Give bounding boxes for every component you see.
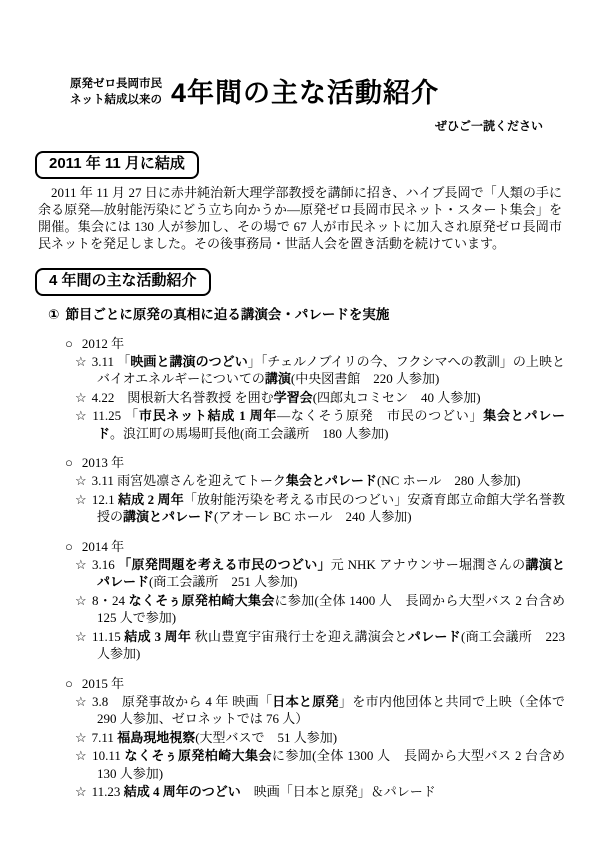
- year-group: ○2015 年☆3.8 原発事故から 4 年 映画「日本と原発」を市内他団体と共…: [0, 675, 595, 801]
- text-run: 3.11 雨宮処凛さんを迎えてトーク: [92, 473, 286, 488]
- star-icon: ☆: [75, 730, 87, 745]
- activity-item: ☆4.22 関根新大名誉教授 を囲む学習会(四郎丸コミセン 40 人参加): [97, 389, 565, 407]
- activities-box-row: 4 年間の主な活動紹介: [35, 268, 595, 296]
- bold-text-run: 結成 4 周年のつどい: [124, 784, 241, 799]
- text-run: 11.15: [92, 629, 124, 644]
- year-line: ○2012 年: [65, 335, 595, 352]
- text-run: (アオーレ BC ホール 240 人参加): [214, 509, 412, 524]
- text-run: (中央図書館 220 人参加): [291, 371, 439, 386]
- bold-text-run: 学習会: [274, 390, 313, 405]
- founded-box-row: 2011 年 11 月に結成: [35, 151, 595, 179]
- founding-paragraph: 2011 年 11 月 27 日に赤井純治新大理学部教授を講師に招き、ハイブ長岡…: [38, 184, 562, 252]
- bold-text-run: 結成 3 周年: [124, 629, 191, 644]
- year-label: 2015 年: [82, 676, 124, 691]
- text-run: 映画「日本と原発」＆パレード: [241, 784, 436, 799]
- circle-marker-icon: ○: [65, 455, 73, 470]
- org-name-line1: 原発ゼロ長岡市民: [70, 76, 162, 92]
- text-run: 。浪江町の馬場町長他(商工会議所 180 人参加): [110, 426, 388, 441]
- year-group: ○2013 年☆3.11 雨宮処凛さんを迎えてトーク集会とパレード(NC ホール…: [0, 454, 595, 526]
- year-line: ○2013 年: [65, 454, 595, 471]
- star-icon: ☆: [75, 354, 87, 369]
- activities-heading-text: 節目ごとに原発の真相に迫る講演会・パレードを実施: [65, 307, 389, 322]
- text-run: (NC ホール 280 人参加): [377, 473, 520, 488]
- text-run: 8・24: [92, 593, 129, 608]
- document-page: 原発ゼロ長岡市民 ネット結成以来の 4年間の主な活動紹介 ぜひご一読ください 2…: [0, 0, 595, 842]
- page-title: 4年間の主な活動紹介: [171, 80, 439, 107]
- year-line: ○2015 年: [65, 675, 595, 692]
- read-note: ぜひご一読ください: [0, 117, 543, 134]
- bold-text-run: 講演とパレード: [123, 509, 214, 524]
- text-run: 10.11: [92, 748, 124, 763]
- text-run: (商工会議所 251 人参加): [149, 574, 297, 589]
- bold-text-run: 日本と原発: [272, 694, 339, 709]
- star-icon: ☆: [75, 492, 87, 507]
- activity-item: ☆3.11 雨宮処凛さんを迎えてトーク集会とパレード(NC ホール 280 人参…: [97, 472, 565, 490]
- text-run: 元 NHK アナウンサー堀潤さんの: [331, 557, 526, 572]
- bold-text-run: 集会とパレード: [286, 473, 377, 488]
- text-run: ―なくそう原発 市民のつどい」: [277, 408, 483, 423]
- activity-item: ☆12.1 結成 2 周年「放射能汚染を考える市民のつどい」安斎育郎立命館大学名…: [97, 491, 565, 526]
- text-run: (四郎丸コミセン 40 人参加): [313, 390, 481, 405]
- bold-text-run: 福島現地視察: [117, 730, 195, 745]
- text-run: 11.25 「: [92, 408, 139, 423]
- activity-item: ☆11.25 「市民ネット結成 1 周年―なくそう原発 市民のつどい」集会とパレ…: [97, 407, 565, 442]
- star-icon: ☆: [75, 629, 87, 644]
- activity-item: ☆3.11 「映画と講演のつどい」「チェルノブイリの今、フクシマへの教訓」の上映…: [97, 353, 565, 388]
- activities-heading: ①節目ごとに原発の真相に迫る講演会・パレードを実施: [48, 303, 595, 323]
- activity-item: ☆10.11 なくそぅ原発柏崎大集会に参加(全体 1300 人 長岡から大型バス…: [97, 747, 565, 782]
- text-run: 秋山豊寛宇宙飛行士を迎え講演会と: [191, 629, 408, 644]
- activity-item: ☆11.15 結成 3 周年 秋山豊寛宇宙飛行士を迎え講演会とパレード(商工会議…: [97, 628, 565, 663]
- bold-text-run: なくそぅ原発柏崎大集会: [129, 593, 275, 608]
- circle-marker-icon: ○: [65, 336, 73, 351]
- year-label: 2013 年: [82, 455, 124, 470]
- text-run: (大型バスで 51 人参加): [195, 730, 337, 745]
- star-icon: ☆: [75, 784, 87, 799]
- text-run: 11.23: [92, 784, 124, 799]
- bold-text-run: 映画と講演のつどい: [130, 354, 247, 369]
- star-icon: ☆: [75, 748, 87, 763]
- bold-text-run: なくそぅ原発柏崎大集会: [125, 748, 272, 763]
- star-icon: ☆: [75, 593, 87, 608]
- star-icon: ☆: [75, 390, 87, 405]
- activity-item: ☆3.16 「原発問題を考える市民のつどい」元 NHK アナウンサー堀潤さんの講…: [97, 556, 565, 591]
- text-run: 3.11 「: [92, 354, 131, 369]
- text-run: 3.8 原発事故から 4 年 映画「: [92, 694, 272, 709]
- document-header: 原発ゼロ長岡市民 ネット結成以来の 4年間の主な活動紹介: [70, 76, 595, 108]
- star-icon: ☆: [75, 557, 87, 572]
- org-name-line2: ネット結成以来の: [70, 92, 162, 108]
- text-run: 12.1: [92, 492, 118, 507]
- activity-item: ☆8・24 なくそぅ原発柏崎大集会に参加(全体 1400 人 長岡から大型バス …: [97, 592, 565, 627]
- circled-one-marker: ①: [48, 307, 59, 322]
- year-group: ○2014 年☆3.16 「原発問題を考える市民のつどい」元 NHK アナウンサ…: [0, 538, 595, 663]
- activity-years: ○2012 年☆3.11 「映画と講演のつどい」「チェルノブイリの今、フクシマへ…: [0, 335, 595, 801]
- section-founded-title: 2011 年 11 月に結成: [35, 151, 199, 179]
- year-label: 2012 年: [82, 336, 124, 351]
- section-activities-title: 4 年間の主な活動紹介: [35, 268, 211, 296]
- text-run: 3.16: [92, 557, 118, 572]
- text-run: 7.11: [92, 730, 118, 745]
- circle-marker-icon: ○: [65, 539, 73, 554]
- year-line: ○2014 年: [65, 538, 595, 555]
- activity-item: ☆7.11 福島現地視察(大型バスで 51 人参加): [97, 729, 565, 747]
- star-icon: ☆: [75, 473, 87, 488]
- activity-item: ☆3.8 原発事故から 4 年 映画「日本と原発」を市内他団体と共同で上映（全体…: [97, 693, 565, 728]
- star-icon: ☆: [75, 694, 87, 709]
- bold-text-run: パレード: [408, 629, 461, 644]
- text-run: 4.22 関根新大名誉教授 を囲む: [92, 390, 274, 405]
- org-name: 原発ゼロ長岡市民 ネット結成以来の: [70, 76, 162, 108]
- bold-text-run: 市民ネット結成 1 周年: [139, 408, 277, 423]
- star-icon: ☆: [75, 408, 87, 423]
- circle-marker-icon: ○: [65, 676, 73, 691]
- year-label: 2014 年: [82, 539, 124, 554]
- bold-text-run: 結成 2 周年: [118, 492, 184, 507]
- bold-text-run: 講演: [265, 371, 291, 386]
- activity-item: ☆11.23 結成 4 周年のつどい 映画「日本と原発」＆パレード: [97, 783, 565, 801]
- bold-text-run: 「原発問題を考える市民のつどい」: [118, 557, 331, 572]
- year-group: ○2012 年☆3.11 「映画と講演のつどい」「チェルノブイリの今、フクシマへ…: [0, 335, 595, 443]
